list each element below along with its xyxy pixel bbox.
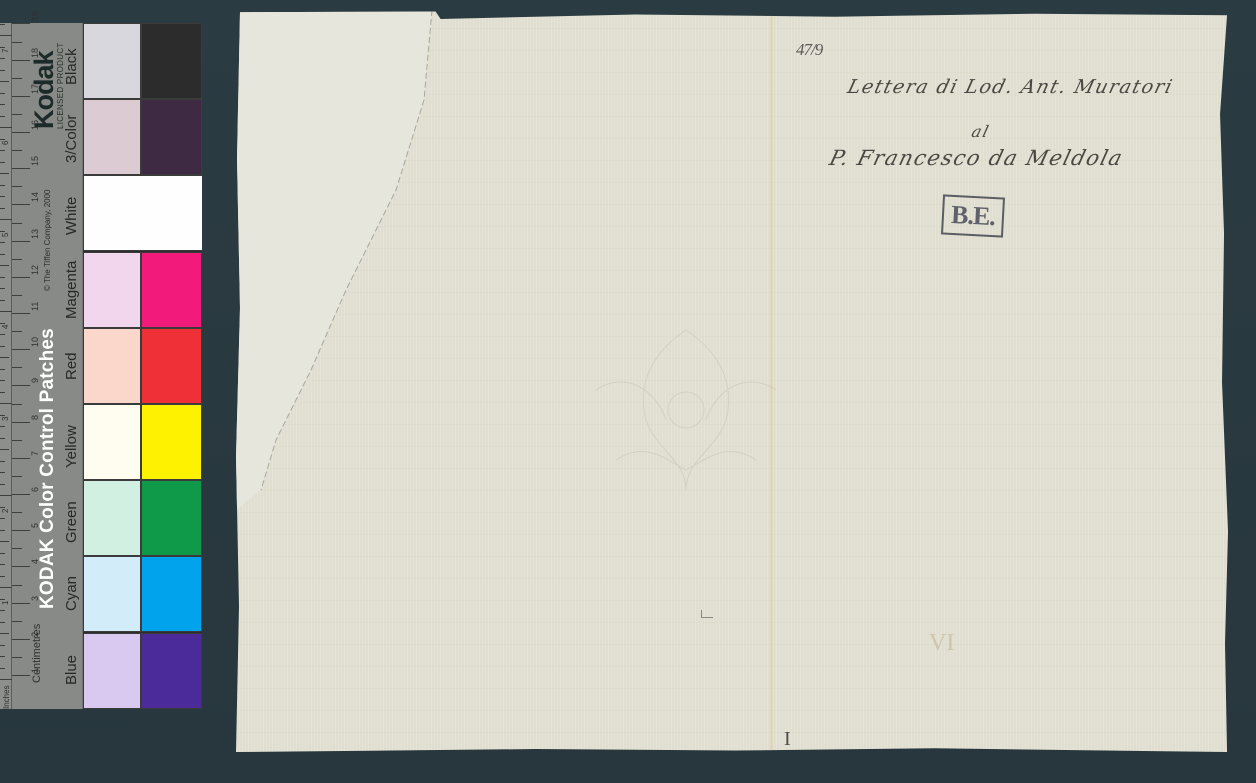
inch-tick bbox=[0, 369, 5, 370]
cm-tick bbox=[12, 132, 30, 133]
inch-tick bbox=[0, 403, 12, 404]
cm-tick-label: 14 bbox=[30, 192, 40, 202]
cm-tick bbox=[12, 60, 30, 61]
inch-tick bbox=[0, 656, 5, 657]
patch-label-yellow: Yellow bbox=[63, 425, 80, 468]
inch-tick bbox=[0, 93, 5, 94]
patch-light bbox=[83, 175, 202, 251]
patch-label-magenta: Magenta bbox=[63, 261, 80, 319]
inch-tick bbox=[0, 507, 5, 508]
inch-tick bbox=[0, 484, 5, 485]
cm-tick bbox=[12, 78, 22, 79]
cm-tick bbox=[12, 548, 22, 549]
inch-tick bbox=[0, 277, 5, 278]
patch-dark bbox=[141, 633, 202, 709]
cm-tick bbox=[12, 603, 30, 604]
cm-tick bbox=[12, 494, 30, 495]
inch-tick bbox=[0, 518, 5, 519]
inch-tick bbox=[0, 495, 12, 496]
cm-tick bbox=[12, 150, 22, 151]
patch-label-green: Green bbox=[63, 501, 80, 543]
patch-light bbox=[83, 633, 141, 709]
patch-light bbox=[83, 252, 141, 328]
cm-tick bbox=[12, 295, 22, 296]
cm-tick bbox=[12, 96, 30, 97]
cm-tick bbox=[12, 422, 30, 423]
cm-tick-label: 19 bbox=[30, 11, 40, 21]
inch-tick bbox=[0, 668, 5, 669]
cm-tick bbox=[12, 385, 30, 386]
inch-tick bbox=[0, 185, 5, 186]
cm-tick bbox=[12, 241, 30, 242]
inch-tick bbox=[0, 587, 12, 588]
patch-row-red bbox=[83, 328, 202, 404]
cm-tick bbox=[12, 476, 22, 477]
inch-tick bbox=[0, 35, 12, 36]
faint-roman-numeral: VI bbox=[929, 630, 954, 657]
patch-light bbox=[83, 404, 141, 480]
cm-tick bbox=[12, 223, 22, 224]
patch-label-white: White bbox=[63, 197, 80, 235]
inch-tick bbox=[0, 311, 12, 312]
centimetres-label: Centimetres bbox=[31, 624, 43, 683]
cm-tick bbox=[12, 259, 22, 260]
cm-tick bbox=[12, 585, 22, 586]
centimetre-ruler: 12345678910111213141516171819 bbox=[12, 23, 30, 709]
patch-row-black bbox=[83, 23, 202, 99]
cm-tick bbox=[12, 23, 30, 24]
inch-tick bbox=[0, 104, 5, 105]
inch-tick bbox=[0, 265, 9, 266]
inch-tick bbox=[0, 242, 5, 243]
cm-tick bbox=[12, 114, 22, 115]
cm-tick bbox=[12, 440, 22, 441]
patch-label-cyan: Cyan bbox=[63, 576, 80, 611]
watermark-emblem bbox=[556, 310, 816, 510]
cm-tick-label: 15 bbox=[30, 156, 40, 166]
patch-light bbox=[83, 556, 141, 632]
cm-tick bbox=[12, 331, 22, 332]
inch-tick bbox=[0, 633, 9, 634]
inch-tick bbox=[0, 380, 5, 381]
kodak-strip-title: KODAK Color Control Patches bbox=[37, 328, 59, 609]
cm-tick bbox=[12, 404, 22, 405]
inch-tick bbox=[0, 127, 12, 128]
inch-tick bbox=[0, 346, 5, 347]
inch-tick bbox=[0, 530, 5, 531]
inch-tick-label: 6 bbox=[1, 141, 10, 145]
inch-tick bbox=[0, 116, 5, 117]
inch-tick bbox=[0, 288, 5, 289]
cm-tick bbox=[12, 367, 22, 368]
cm-tick bbox=[12, 277, 30, 278]
cm-tick bbox=[12, 458, 30, 459]
inch-tick bbox=[0, 449, 9, 450]
patch-row-cyan bbox=[83, 556, 202, 632]
inch-tick bbox=[0, 564, 5, 565]
patch-light bbox=[83, 99, 141, 175]
kodak-color-control-strip: 12345678 12345678910111213141516171819 I… bbox=[0, 23, 202, 709]
patch-row-white bbox=[83, 175, 202, 251]
title-line-3: P. Francesco da Meldola bbox=[827, 146, 1126, 170]
patch-row-green bbox=[83, 480, 202, 556]
patch-dark bbox=[141, 252, 202, 328]
copyright-text: © The Tiffen Company, 2000 bbox=[43, 189, 52, 291]
inch-tick bbox=[0, 24, 5, 25]
patch-label-black: Black bbox=[63, 48, 80, 85]
ruler-panel: 12345678 12345678910111213141516171819 I… bbox=[0, 23, 83, 709]
inch-tick bbox=[0, 645, 5, 646]
library-stamp: B.E. bbox=[941, 194, 1005, 237]
inch-tick-label: 4 bbox=[1, 325, 10, 329]
inch-tick bbox=[0, 173, 9, 174]
cm-tick bbox=[12, 675, 30, 676]
patch-row-magenta bbox=[83, 252, 202, 328]
inch-tick bbox=[0, 541, 9, 542]
stamp-text: B.E. bbox=[950, 200, 995, 232]
patch-label-blue: Blue bbox=[63, 655, 80, 685]
inch-tick bbox=[0, 622, 5, 623]
inch-tick-label: 1 bbox=[1, 601, 10, 605]
inch-tick bbox=[0, 219, 12, 220]
inch-tick bbox=[0, 357, 9, 358]
inches-label: Inches bbox=[2, 685, 11, 709]
cm-tick bbox=[12, 639, 30, 640]
inch-tick bbox=[0, 392, 5, 393]
inch-tick bbox=[0, 162, 5, 163]
patch-dark bbox=[141, 99, 202, 175]
patch-dark bbox=[141, 480, 202, 556]
inch-tick bbox=[0, 415, 5, 416]
color-patches bbox=[83, 23, 202, 709]
inch-tick bbox=[0, 323, 5, 324]
cm-tick bbox=[12, 186, 22, 187]
cm-tick bbox=[12, 657, 22, 658]
patch-dark bbox=[141, 404, 202, 480]
cm-tick-label: 12 bbox=[30, 265, 40, 275]
patch-dark bbox=[141, 556, 202, 632]
inch-tick bbox=[0, 300, 5, 301]
cm-tick bbox=[12, 313, 30, 314]
cm-tick bbox=[12, 512, 22, 513]
inch-tick bbox=[0, 81, 9, 82]
cm-tick bbox=[12, 168, 30, 169]
inch-tick bbox=[0, 58, 5, 59]
patch-row-3color bbox=[83, 99, 202, 175]
inch-tick bbox=[0, 208, 5, 209]
cm-tick-label: 11 bbox=[30, 302, 40, 311]
inch-ruler: 12345678 bbox=[0, 23, 12, 709]
shelfmark: 47/9 bbox=[796, 40, 822, 60]
patch-dark bbox=[141, 328, 202, 404]
inch-tick bbox=[0, 438, 5, 439]
cm-tick bbox=[12, 349, 30, 350]
inch-tick-label: 5 bbox=[1, 233, 10, 237]
patch-label-3color: 3/Color bbox=[63, 115, 80, 163]
pencil-mark bbox=[701, 610, 713, 618]
cm-tick bbox=[12, 566, 30, 567]
inch-tick bbox=[0, 254, 5, 255]
inch-tick bbox=[0, 599, 5, 600]
cm-tick bbox=[12, 204, 30, 205]
inch-tick bbox=[0, 576, 5, 577]
inch-tick bbox=[0, 426, 5, 427]
patch-light bbox=[83, 23, 141, 99]
inch-tick bbox=[0, 472, 5, 473]
inch-tick bbox=[0, 461, 5, 462]
cm-tick-label: 13 bbox=[30, 229, 40, 239]
patch-row-yellow bbox=[83, 404, 202, 480]
page-numeral: I bbox=[784, 728, 791, 751]
patch-light bbox=[83, 328, 141, 404]
document-sheet: 47/9 Lettera di Lod. Ant. Muratori al P.… bbox=[236, 10, 1234, 755]
patch-label-red: Red bbox=[63, 352, 80, 380]
cm-tick bbox=[12, 42, 22, 43]
cm-tick bbox=[12, 530, 30, 531]
inch-tick bbox=[0, 334, 5, 335]
inch-tick-label: 3 bbox=[1, 417, 10, 421]
inch-tick bbox=[0, 150, 5, 151]
inch-tick bbox=[0, 610, 5, 611]
inch-tick bbox=[0, 70, 5, 71]
inch-tick bbox=[0, 553, 5, 554]
inch-tick-label: 7 bbox=[1, 49, 10, 53]
patch-row-blue bbox=[83, 633, 202, 709]
inch-tick-label: 2 bbox=[1, 509, 10, 513]
title-line-1: Lettera di Lod. Ant. Muratori bbox=[845, 76, 1175, 98]
inch-tick bbox=[0, 679, 12, 680]
patch-dark bbox=[141, 23, 202, 99]
inch-tick bbox=[0, 196, 5, 197]
cm-tick bbox=[12, 621, 22, 622]
patch-light bbox=[83, 480, 141, 556]
